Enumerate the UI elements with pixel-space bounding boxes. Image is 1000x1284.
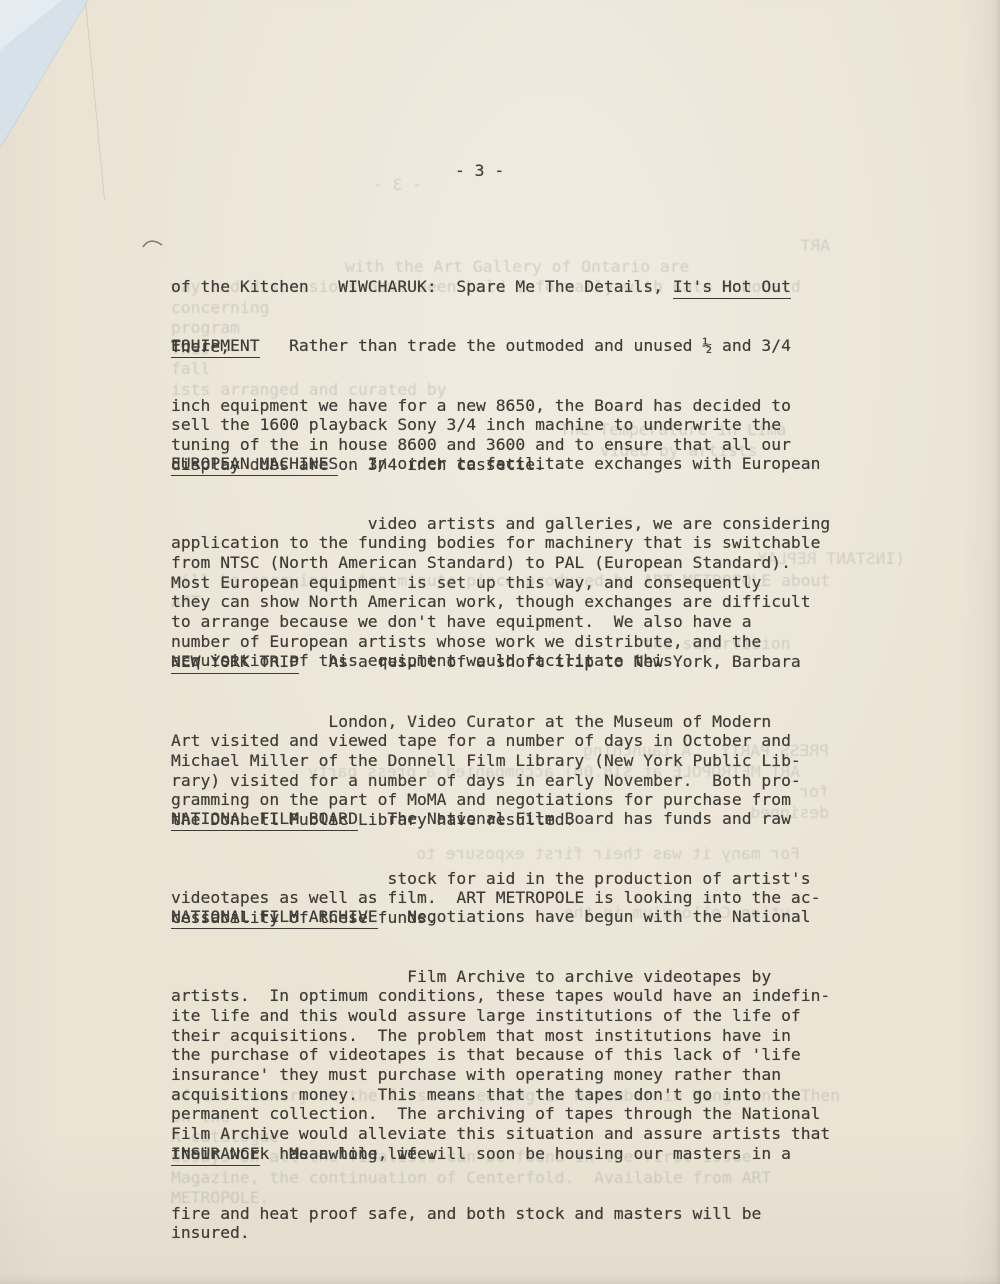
section-heading: NATIONAL FILM ARCHIVE (171, 907, 378, 929)
section-first-line-rest: As a result of a short trip to New York,… (299, 652, 801, 671)
text-line: inch equipment we have for a new 8650, t… (171, 396, 791, 416)
intro-line1-text: of the Kitchen WIWCHARUK: Spare Me The D… (171, 277, 673, 296)
section-first-line-rest: Negotiations have begun with the Nationa… (378, 907, 811, 926)
text-line: Film Archive to archive videotapes by (171, 967, 830, 987)
typed-text-layer: - 3 - of the Kitchen WIWCHARUK: Spare Me… (0, 0, 1000, 1284)
section-heading: EUROPEAN MACHINES (171, 454, 338, 476)
text-line: insurance' they must purchase with opera… (171, 1065, 830, 1085)
pen-mark (141, 236, 165, 252)
section-first-line: EQUIPMENT Rather than trade the outmoded… (171, 336, 791, 356)
section-first-line: NATIONAL FILM BOARD The National Film Bo… (171, 809, 820, 829)
section-heading: NEW YORK TRIP (171, 652, 299, 674)
text-line: fire and heat proof safe, and both stock… (171, 1204, 791, 1224)
text-line: of the Kitchen WIWCHARUK: Spare Me The D… (171, 277, 791, 297)
text-line: Michael Miller of the Donnell Film Libra… (171, 751, 801, 771)
text-line: application to the funding bodies for ma… (171, 533, 830, 553)
text-line: video artists and galleries, we are cons… (171, 514, 830, 534)
text-line: the purchase of videotapes is that becau… (171, 1045, 830, 1065)
text-line: artists. In optimum conditions, these ta… (171, 986, 830, 1006)
text-line: Art visited and viewed tape for a number… (171, 731, 801, 751)
paper-sheet: with the Art Gallery of Ontario are way … (0, 0, 1000, 1284)
section-first-line: NEW YORK TRIP As a result of a short tri… (171, 652, 801, 672)
section-heading: INSURANCE (171, 1144, 260, 1166)
text-line: Most European equipment is set up this w… (171, 573, 830, 593)
section-first-line: NATIONAL FILM ARCHIVE Negotiations have … (171, 907, 830, 927)
page-number: - 3 - (455, 161, 504, 181)
section-first-line-rest: In order to facilitate exchanges with Eu… (338, 454, 820, 473)
section-insurance: INSURANCE Meanwhile, we will soon be hou… (171, 1105, 791, 1282)
text-line: insured. (171, 1223, 791, 1243)
section-first-line-rest: The National Film Board has funds and ra… (358, 809, 791, 828)
section-heading: NATIONAL FILM BOARD (171, 809, 358, 831)
section-first-line-rest: Rather than trade the outmoded and unuse… (260, 336, 791, 355)
text-line: they can show North American work, thoug… (171, 592, 830, 612)
scanned-document-page: { "colors":{ "paper":"#ebe4d5", "backing… (0, 0, 1000, 1284)
text-line: London, Video Curator at the Museum of M… (171, 712, 801, 732)
text-line: ite life and this would assure large ins… (171, 1006, 830, 1026)
text-line: their acquisitions. The problem that mos… (171, 1026, 830, 1046)
text-line: from NTSC (North American Standard) to P… (171, 553, 830, 573)
section-heading: EQUIPMENT (171, 336, 260, 358)
section-first-line: INSURANCE Meanwhile, we will soon be hou… (171, 1144, 791, 1164)
section-body: fire and heat proof safe, and both stock… (171, 1204, 791, 1243)
text-line: acquisitions money. This means that the … (171, 1085, 830, 1105)
section-first-line-rest: Meanwhile, we will soon be housing our m… (260, 1144, 791, 1163)
section-first-line: EUROPEAN MACHINES In order to facilitate… (171, 454, 830, 474)
